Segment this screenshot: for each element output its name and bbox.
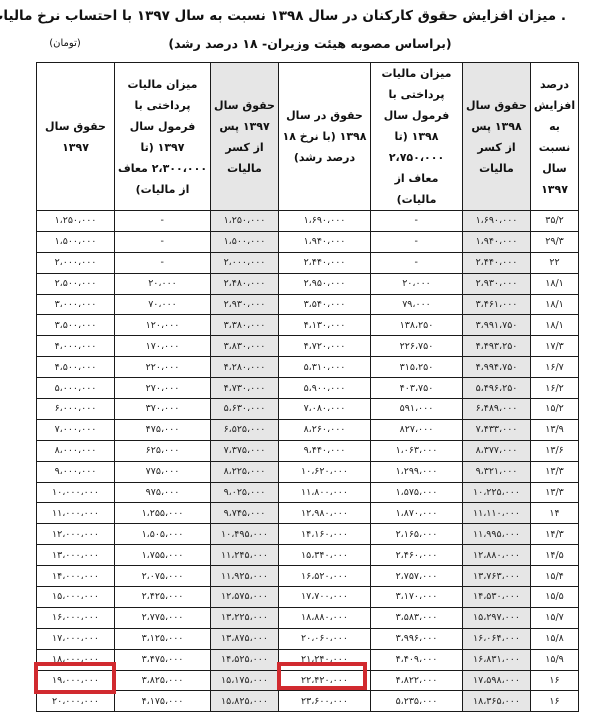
cell-net-salary-1398: ۱۱،۱۱۰،۰۰۰ bbox=[463, 503, 531, 524]
cell-tax-1397: - bbox=[115, 231, 211, 252]
cell-net-salary-1397: ۱۱،۲۴۵،۰۰۰ bbox=[211, 545, 279, 566]
table-row: ۱۱،۰۰۰،۰۰۰۱،۲۵۵،۰۰۰۹،۷۴۵،۰۰۰۱۲،۹۸۰،۰۰۰۱،… bbox=[37, 503, 579, 524]
cell-tax-1398: - bbox=[371, 231, 463, 252]
cell-tax-1398: ۳۱۵،۲۵۰ bbox=[371, 357, 463, 378]
cell-salary-1398: ۱۰،۶۲۰،۰۰۰ bbox=[279, 461, 371, 482]
cell-salary-1398: ۱۷،۷۰۰،۰۰۰ bbox=[279, 587, 371, 608]
cell-net-salary-1398: ۱۸،۳۶۵،۰۰۰ bbox=[463, 691, 531, 712]
cell-tax-1398: ۱،۸۷۰،۰۰۰ bbox=[371, 503, 463, 524]
col-header-tax-1398: میزان مالیات پرداختی با فرمول سال ۱۳۹۸ (… bbox=[371, 63, 463, 211]
cell-increase-percent: ۲۲ bbox=[531, 252, 579, 273]
cell-net-salary-1397: ۱۰،۴۹۵،۰۰۰ bbox=[211, 524, 279, 545]
cell-net-salary-1397: ۱۴،۵۲۵،۰۰۰ bbox=[211, 649, 279, 670]
cell-net-salary-1397: ۵،۶۳۰،۰۰۰ bbox=[211, 399, 279, 420]
cell-net-salary-1397: ۶،۵۲۵،۰۰۰ bbox=[211, 419, 279, 440]
cell-salary-1398: ۸،۲۶۰،۰۰۰ bbox=[279, 419, 371, 440]
cell-tax-1398: ۲۲۶،۷۵۰ bbox=[371, 336, 463, 357]
cell-net-salary-1398: ۷،۴۳۳،۰۰۰ bbox=[463, 419, 531, 440]
cell-tax-1398: ۵۹۱،۰۰۰ bbox=[371, 399, 463, 420]
cell-salary-1397: ۱۲،۰۰۰،۰۰۰ bbox=[37, 524, 115, 545]
cell-increase-percent: ۱۴ bbox=[531, 503, 579, 524]
cell-salary-1398: ۲،۹۵۰،۰۰۰ bbox=[279, 273, 371, 294]
table-row: ۱۳،۰۰۰،۰۰۰۱،۷۵۵،۰۰۰۱۱،۲۴۵،۰۰۰۱۵،۳۴۰،۰۰۰۲… bbox=[37, 545, 579, 566]
col-header-salary-1398: حقوق در سال ۱۳۹۸ (با نرخ ۱۸ درصد رشد) bbox=[279, 63, 371, 211]
cell-tax-1397: ۴۷۵،۰۰۰ bbox=[115, 419, 211, 440]
cell-tax-1397: ۲۰،۰۰۰ bbox=[115, 273, 211, 294]
cell-tax-1398: - bbox=[371, 252, 463, 273]
table-row: ۱۵،۰۰۰،۰۰۰۲،۴۲۵،۰۰۰۱۲،۵۷۵،۰۰۰۱۷،۷۰۰،۰۰۰۳… bbox=[37, 587, 579, 608]
cell-increase-percent: ۱۶/۲ bbox=[531, 378, 579, 399]
cell-tax-1398: - bbox=[371, 211, 463, 232]
cell-increase-percent: ۱۶/۷ bbox=[531, 357, 579, 378]
cell-tax-1398: ۷۹،۰۰۰ bbox=[371, 294, 463, 315]
cell-salary-1397: ۱۵،۰۰۰،۰۰۰ bbox=[37, 587, 115, 608]
cell-salary-1397: ۱۹،۰۰۰،۰۰۰ bbox=[37, 670, 115, 691]
cell-salary-1398: ۲۱،۲۴۰،۰۰۰ bbox=[279, 649, 371, 670]
cell-tax-1398: ۱۳۸،۲۵۰ bbox=[371, 315, 463, 336]
cell-net-salary-1398: ۴،۹۹۴،۷۵۰ bbox=[463, 357, 531, 378]
cell-salary-1397: ۲،۵۰۰،۰۰۰ bbox=[37, 273, 115, 294]
cell-net-salary-1398: ۱۲،۸۸۰،۰۰۰ bbox=[463, 545, 531, 566]
cell-tax-1397: ۴،۱۷۵،۰۰۰ bbox=[115, 691, 211, 712]
table-row: ۷،۰۰۰،۰۰۰۴۷۵،۰۰۰۶،۵۲۵،۰۰۰۸،۲۶۰،۰۰۰۸۲۷،۰۰… bbox=[37, 419, 579, 440]
cell-net-salary-1398: ۸،۳۷۷،۰۰۰ bbox=[463, 440, 531, 461]
table-row: ۱۲،۰۰۰،۰۰۰۱،۵۰۵،۰۰۰۱۰،۴۹۵،۰۰۰۱۴،۱۶۰،۰۰۰۲… bbox=[37, 524, 579, 545]
cell-tax-1397: ۷۷۵،۰۰۰ bbox=[115, 461, 211, 482]
cell-salary-1398: ۱۸،۸۸۰،۰۰۰ bbox=[279, 607, 371, 628]
cell-net-salary-1397: ۱۳،۲۲۵،۰۰۰ bbox=[211, 607, 279, 628]
cell-increase-percent: ۱۷/۳ bbox=[531, 336, 579, 357]
cell-net-salary-1397: ۷،۳۷۵،۰۰۰ bbox=[211, 440, 279, 461]
cell-tax-1398: ۲،۱۶۵،۰۰۰ bbox=[371, 524, 463, 545]
cell-salary-1397: ۵،۰۰۰،۰۰۰ bbox=[37, 378, 115, 399]
cell-tax-1397: ۳،۱۲۵،۰۰۰ bbox=[115, 628, 211, 649]
cell-net-salary-1398: ۲،۹۳۰،۰۰۰ bbox=[463, 273, 531, 294]
cell-salary-1398: ۴،۱۳۰،۰۰۰ bbox=[279, 315, 371, 336]
table-body: ۱،۲۵۰،۰۰۰-۱،۲۵۰،۰۰۰۱،۶۹۰،۰۰۰-۱،۶۹۰،۰۰۰۳۵… bbox=[37, 211, 579, 712]
cell-salary-1398: ۵،۹۰۰،۰۰۰ bbox=[279, 378, 371, 399]
cell-salary-1397: ۶،۰۰۰،۰۰۰ bbox=[37, 399, 115, 420]
cell-net-salary-1397: ۲،۹۳۰،۰۰۰ bbox=[211, 294, 279, 315]
cell-net-salary-1398: ۱۶،۰۶۴،۰۰۰ bbox=[463, 628, 531, 649]
cell-salary-1397: ۱۴،۰۰۰،۰۰۰ bbox=[37, 566, 115, 587]
cell-net-salary-1398: ۱۴،۵۳۰،۰۰۰ bbox=[463, 587, 531, 608]
cell-tax-1397: ۱۲۰،۰۰۰ bbox=[115, 315, 211, 336]
cell-increase-percent: ۱۴/۳ bbox=[531, 524, 579, 545]
cell-salary-1397: ۱،۲۵۰،۰۰۰ bbox=[37, 211, 115, 232]
cell-tax-1397: ۲۷۰،۰۰۰ bbox=[115, 378, 211, 399]
cell-tax-1397: ۲۲۰،۰۰۰ bbox=[115, 357, 211, 378]
cell-net-salary-1398: ۱۳،۷۶۳،۰۰۰ bbox=[463, 566, 531, 587]
col-header-tax-1397: میزان مالیات پرداختی با فرمول سال ۱۳۹۷ (… bbox=[115, 63, 211, 211]
cell-salary-1398: ۱،۶۹۰،۰۰۰ bbox=[279, 211, 371, 232]
cell-net-salary-1397: ۱،۵۰۰،۰۰۰ bbox=[211, 231, 279, 252]
cell-increase-percent: ۱۳/۳ bbox=[531, 482, 579, 503]
cell-net-salary-1398: ۲،۴۴۰،۰۰۰ bbox=[463, 252, 531, 273]
cell-net-salary-1398: ۶،۴۸۹،۰۰۰ bbox=[463, 399, 531, 420]
cell-salary-1397: ۹،۰۰۰،۰۰۰ bbox=[37, 461, 115, 482]
table-row: ۴،۵۰۰،۰۰۰۲۲۰،۰۰۰۴،۲۸۰،۰۰۰۵،۳۱۰،۰۰۰۳۱۵،۲۵… bbox=[37, 357, 579, 378]
cell-tax-1398: ۴،۴۰۹،۰۰۰ bbox=[371, 649, 463, 670]
cell-salary-1397: ۳،۵۰۰،۰۰۰ bbox=[37, 315, 115, 336]
cell-net-salary-1398: ۱۷،۵۹۸،۰۰۰ bbox=[463, 670, 531, 691]
cell-tax-1398: ۴۰۳،۷۵۰ bbox=[371, 378, 463, 399]
cell-salary-1397: ۱۶،۰۰۰،۰۰۰ bbox=[37, 607, 115, 628]
cell-net-salary-1398: ۱۵،۲۹۷،۰۰۰ bbox=[463, 607, 531, 628]
cell-salary-1398: ۲،۴۴۰،۰۰۰ bbox=[279, 252, 371, 273]
cell-net-salary-1397: ۳،۳۸۰،۰۰۰ bbox=[211, 315, 279, 336]
table-row: ۱،۲۵۰،۰۰۰-۱،۲۵۰،۰۰۰۱،۶۹۰،۰۰۰-۱،۶۹۰،۰۰۰۳۵… bbox=[37, 211, 579, 232]
cell-tax-1397: - bbox=[115, 252, 211, 273]
cell-increase-percent: ۱۶ bbox=[531, 670, 579, 691]
table-row: ۱۸،۰۰۰،۰۰۰۳،۴۷۵،۰۰۰۱۴،۵۲۵،۰۰۰۲۱،۲۴۰،۰۰۰۴… bbox=[37, 649, 579, 670]
cell-salary-1397: ۱۱،۰۰۰،۰۰۰ bbox=[37, 503, 115, 524]
cell-salary-1397: ۲،۰۰۰،۰۰۰ bbox=[37, 252, 115, 273]
cell-net-salary-1398: ۱،۹۴۰،۰۰۰ bbox=[463, 231, 531, 252]
cell-tax-1397: ۲،۴۲۵،۰۰۰ bbox=[115, 587, 211, 608]
cell-net-salary-1397: ۴،۷۳۰،۰۰۰ bbox=[211, 378, 279, 399]
cell-tax-1398: ۲،۷۵۷،۰۰۰ bbox=[371, 566, 463, 587]
cell-salary-1398: ۱۱،۸۰۰،۰۰۰ bbox=[279, 482, 371, 503]
cell-increase-percent: ۱۳/۶ bbox=[531, 440, 579, 461]
cell-tax-1398: ۲۰،۰۰۰ bbox=[371, 273, 463, 294]
cell-tax-1397: ۲،۰۷۵،۰۰۰ bbox=[115, 566, 211, 587]
cell-net-salary-1397: ۱۱،۹۲۵،۰۰۰ bbox=[211, 566, 279, 587]
cell-net-salary-1398: ۵،۴۹۶،۲۵۰ bbox=[463, 378, 531, 399]
cell-increase-percent: ۱۸/۱ bbox=[531, 294, 579, 315]
cell-tax-1397: ۷۰،۰۰۰ bbox=[115, 294, 211, 315]
table-row: ۳،۵۰۰،۰۰۰۱۲۰،۰۰۰۳،۳۸۰،۰۰۰۴،۱۳۰،۰۰۰۱۳۸،۲۵… bbox=[37, 315, 579, 336]
table-row: ۳،۰۰۰،۰۰۰۷۰،۰۰۰۲،۹۳۰،۰۰۰۳،۵۴۰،۰۰۰۷۹،۰۰۰۳… bbox=[37, 294, 579, 315]
cell-tax-1397: ۲،۷۷۵،۰۰۰ bbox=[115, 607, 211, 628]
cell-tax-1397: - bbox=[115, 211, 211, 232]
cell-increase-percent: ۱۵/۹ bbox=[531, 649, 579, 670]
table-row: ۶،۰۰۰،۰۰۰۳۷۰،۰۰۰۵،۶۳۰،۰۰۰۷،۰۸۰،۰۰۰۵۹۱،۰۰… bbox=[37, 399, 579, 420]
table-row: ۴،۰۰۰،۰۰۰۱۷۰،۰۰۰۳،۸۳۰،۰۰۰۴،۷۲۰،۰۰۰۲۲۶،۷۵… bbox=[37, 336, 579, 357]
cell-increase-percent: ۱۴/۵ bbox=[531, 545, 579, 566]
cell-net-salary-1398: ۱۰،۲۲۵،۰۰۰ bbox=[463, 482, 531, 503]
cell-increase-percent: ۱۵/۴ bbox=[531, 566, 579, 587]
cell-tax-1398: ۳،۹۹۶،۰۰۰ bbox=[371, 628, 463, 649]
page-subtitle: (براساس مصوبه هیئت وزیران- ۱۸ درصد رشد) bbox=[120, 36, 500, 51]
cell-salary-1398: ۱۲،۹۸۰،۰۰۰ bbox=[279, 503, 371, 524]
cell-increase-percent: ۱۶ bbox=[531, 691, 579, 712]
cell-increase-percent: ۱۵/۲ bbox=[531, 399, 579, 420]
cell-tax-1398: ۳،۱۷۰،۰۰۰ bbox=[371, 587, 463, 608]
cell-salary-1398: ۳،۵۴۰،۰۰۰ bbox=[279, 294, 371, 315]
cell-salary-1398: ۲۳،۶۰۰،۰۰۰ bbox=[279, 691, 371, 712]
cell-tax-1397: ۱۷۰،۰۰۰ bbox=[115, 336, 211, 357]
table-row: ۲،۵۰۰،۰۰۰۲۰،۰۰۰۲،۴۸۰،۰۰۰۲،۹۵۰،۰۰۰۲۰،۰۰۰۲… bbox=[37, 273, 579, 294]
col-header-increase-percent: درصد افزایش به نسبت سال ۱۳۹۷ bbox=[531, 63, 579, 211]
table-row: ۱۰،۰۰۰،۰۰۰۹۷۵،۰۰۰۹،۰۲۵،۰۰۰۱۱،۸۰۰،۰۰۰۱،۵۷… bbox=[37, 482, 579, 503]
cell-net-salary-1397: ۹،۰۲۵،۰۰۰ bbox=[211, 482, 279, 503]
cell-salary-1398: ۲۲،۴۲۰،۰۰۰ bbox=[279, 670, 371, 691]
cell-tax-1398: ۴،۸۲۲،۰۰۰ bbox=[371, 670, 463, 691]
cell-salary-1397: ۱۰،۰۰۰،۰۰۰ bbox=[37, 482, 115, 503]
cell-increase-percent: ۱۳/۳ bbox=[531, 461, 579, 482]
cell-net-salary-1397: ۴،۲۸۰،۰۰۰ bbox=[211, 357, 279, 378]
cell-tax-1397: ۱،۷۵۵،۰۰۰ bbox=[115, 545, 211, 566]
cell-tax-1398: ۱،۵۷۵،۰۰۰ bbox=[371, 482, 463, 503]
table-row: ۱۴،۰۰۰،۰۰۰۲،۰۷۵،۰۰۰۱۱،۹۲۵،۰۰۰۱۶،۵۲۰،۰۰۰۲… bbox=[37, 566, 579, 587]
cell-net-salary-1398: ۱۱،۹۹۵،۰۰۰ bbox=[463, 524, 531, 545]
cell-salary-1398: ۱،۹۴۰،۰۰۰ bbox=[279, 231, 371, 252]
cell-increase-percent: ۱۵/۵ bbox=[531, 587, 579, 608]
cell-tax-1397: ۹۷۵،۰۰۰ bbox=[115, 482, 211, 503]
cell-tax-1397: ۱،۵۰۵،۰۰۰ bbox=[115, 524, 211, 545]
cell-tax-1398: ۸۲۷،۰۰۰ bbox=[371, 419, 463, 440]
col-header-net-salary-1398: حقوق سال ۱۳۹۸ پس از کسر مالیات bbox=[463, 63, 531, 211]
table-row: ۲۰،۰۰۰،۰۰۰۴،۱۷۵،۰۰۰۱۵،۸۲۵،۰۰۰۲۳،۶۰۰،۰۰۰۵… bbox=[37, 691, 579, 712]
table-row: ۲،۰۰۰،۰۰۰-۲،۰۰۰،۰۰۰۲،۴۴۰،۰۰۰-۲،۴۴۰،۰۰۰۲۲ bbox=[37, 252, 579, 273]
cell-net-salary-1398: ۱۶،۸۳۱،۰۰۰ bbox=[463, 649, 531, 670]
cell-tax-1397: ۱،۲۵۵،۰۰۰ bbox=[115, 503, 211, 524]
cell-net-salary-1398: ۳،۹۹۱،۷۵۰ bbox=[463, 315, 531, 336]
cell-tax-1398: ۲،۴۶۰،۰۰۰ bbox=[371, 545, 463, 566]
cell-net-salary-1397: ۱۵،۱۷۵،۰۰۰ bbox=[211, 670, 279, 691]
table-row: ۹،۰۰۰،۰۰۰۷۷۵،۰۰۰۸،۲۲۵،۰۰۰۱۰،۶۲۰،۰۰۰۱،۲۹۹… bbox=[37, 461, 579, 482]
cell-increase-percent: ۱۵/۸ bbox=[531, 628, 579, 649]
cell-increase-percent: ۱۸/۱ bbox=[531, 273, 579, 294]
currency-unit-label: (تومان) bbox=[40, 38, 90, 49]
col-header-net-salary-1397: حقوق سال ۱۳۹۷ پس از کسر مالیات bbox=[211, 63, 279, 211]
cell-tax-1398: ۵،۲۳۵،۰۰۰ bbox=[371, 691, 463, 712]
cell-tax-1398: ۱،۰۶۳،۰۰۰ bbox=[371, 440, 463, 461]
cell-net-salary-1397: ۱،۲۵۰،۰۰۰ bbox=[211, 211, 279, 232]
cell-salary-1397: ۱۷،۰۰۰،۰۰۰ bbox=[37, 628, 115, 649]
cell-salary-1398: ۲۰،۰۶۰،۰۰۰ bbox=[279, 628, 371, 649]
cell-salary-1397: ۱۸،۰۰۰،۰۰۰ bbox=[37, 649, 115, 670]
cell-net-salary-1398: ۴،۴۹۳،۲۵۰ bbox=[463, 336, 531, 357]
cell-net-salary-1397: ۸،۲۲۵،۰۰۰ bbox=[211, 461, 279, 482]
table-header-row: حقوق سال ۱۳۹۷ میزان مالیات پرداختی با فر… bbox=[37, 63, 579, 211]
cell-salary-1398: ۷،۰۸۰،۰۰۰ bbox=[279, 399, 371, 420]
salary-tax-table: حقوق سال ۱۳۹۷ میزان مالیات پرداختی با فر… bbox=[36, 62, 579, 712]
cell-tax-1397: ۳،۸۲۵،۰۰۰ bbox=[115, 670, 211, 691]
cell-salary-1397: ۲۰،۰۰۰،۰۰۰ bbox=[37, 691, 115, 712]
cell-net-salary-1397: ۱۳،۸۷۵،۰۰۰ bbox=[211, 628, 279, 649]
cell-net-salary-1397: ۲،۴۸۰،۰۰۰ bbox=[211, 273, 279, 294]
col-header-salary-1397: حقوق سال ۱۳۹۷ bbox=[37, 63, 115, 211]
cell-salary-1398: ۵،۳۱۰،۰۰۰ bbox=[279, 357, 371, 378]
cell-tax-1397: ۶۲۵،۰۰۰ bbox=[115, 440, 211, 461]
cell-salary-1397: ۱۳،۰۰۰،۰۰۰ bbox=[37, 545, 115, 566]
cell-increase-percent: ۱۸/۱ bbox=[531, 315, 579, 336]
table-row: ۱۷،۰۰۰،۰۰۰۳،۱۲۵،۰۰۰۱۳،۸۷۵،۰۰۰۲۰،۰۶۰،۰۰۰۳… bbox=[37, 628, 579, 649]
table-row: ۱،۵۰۰،۰۰۰-۱،۵۰۰،۰۰۰۱،۹۴۰،۰۰۰-۱،۹۴۰،۰۰۰۲۹… bbox=[37, 231, 579, 252]
cell-increase-percent: ۳۵/۲ bbox=[531, 211, 579, 232]
cell-salary-1397: ۷،۰۰۰،۰۰۰ bbox=[37, 419, 115, 440]
cell-salary-1397: ۴،۵۰۰،۰۰۰ bbox=[37, 357, 115, 378]
cell-net-salary-1397: ۱۲،۵۷۵،۰۰۰ bbox=[211, 587, 279, 608]
cell-net-salary-1397: ۱۵،۸۲۵،۰۰۰ bbox=[211, 691, 279, 712]
table-row: ۱۹،۰۰۰،۰۰۰۳،۸۲۵،۰۰۰۱۵،۱۷۵،۰۰۰۲۲،۴۲۰،۰۰۰۴… bbox=[37, 670, 579, 691]
cell-increase-percent: ۱۵/۷ bbox=[531, 607, 579, 628]
cell-salary-1398: ۹،۴۴۰،۰۰۰ bbox=[279, 440, 371, 461]
cell-salary-1398: ۱۴،۱۶۰،۰۰۰ bbox=[279, 524, 371, 545]
cell-tax-1397: ۳۷۰،۰۰۰ bbox=[115, 399, 211, 420]
cell-salary-1398: ۴،۷۲۰،۰۰۰ bbox=[279, 336, 371, 357]
cell-salary-1397: ۱،۵۰۰،۰۰۰ bbox=[37, 231, 115, 252]
cell-net-salary-1397: ۹،۷۴۵،۰۰۰ bbox=[211, 503, 279, 524]
cell-net-salary-1397: ۳،۸۳۰،۰۰۰ bbox=[211, 336, 279, 357]
table-row: ۸،۰۰۰،۰۰۰۶۲۵،۰۰۰۷،۳۷۵،۰۰۰۹،۴۴۰،۰۰۰۱،۰۶۳،… bbox=[37, 440, 579, 461]
cell-tax-1398: ۱،۲۹۹،۰۰۰ bbox=[371, 461, 463, 482]
cell-net-salary-1398: ۱،۶۹۰،۰۰۰ bbox=[463, 211, 531, 232]
cell-net-salary-1398: ۹،۳۲۱،۰۰۰ bbox=[463, 461, 531, 482]
cell-salary-1397: ۸،۰۰۰،۰۰۰ bbox=[37, 440, 115, 461]
table-row: ۵،۰۰۰،۰۰۰۲۷۰،۰۰۰۴،۷۳۰،۰۰۰۵،۹۰۰،۰۰۰۴۰۳،۷۵… bbox=[37, 378, 579, 399]
cell-salary-1397: ۴،۰۰۰،۰۰۰ bbox=[37, 336, 115, 357]
cell-increase-percent: ۲۹/۳ bbox=[531, 231, 579, 252]
cell-net-salary-1397: ۲،۰۰۰،۰۰۰ bbox=[211, 252, 279, 273]
cell-tax-1397: ۳،۴۷۵،۰۰۰ bbox=[115, 649, 211, 670]
cell-net-salary-1398: ۳،۴۶۱،۰۰۰ bbox=[463, 294, 531, 315]
page-title: . میزان افزایش حقوق کارکنان در سال ۱۳۹۸ … bbox=[0, 8, 566, 24]
cell-salary-1397: ۳،۰۰۰،۰۰۰ bbox=[37, 294, 115, 315]
cell-salary-1398: ۱۵،۳۴۰،۰۰۰ bbox=[279, 545, 371, 566]
cell-tax-1398: ۳،۵۸۳،۰۰۰ bbox=[371, 607, 463, 628]
table-row: ۱۶،۰۰۰،۰۰۰۲،۷۷۵،۰۰۰۱۳،۲۲۵،۰۰۰۱۸،۸۸۰،۰۰۰۳… bbox=[37, 607, 579, 628]
cell-salary-1398: ۱۶،۵۲۰،۰۰۰ bbox=[279, 566, 371, 587]
cell-increase-percent: ۱۳/۹ bbox=[531, 419, 579, 440]
